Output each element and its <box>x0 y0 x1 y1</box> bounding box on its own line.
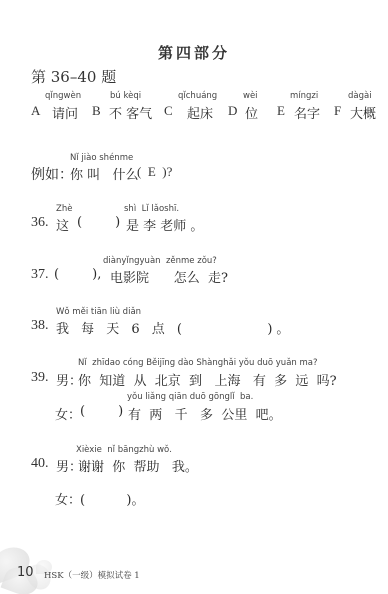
q39-woman-blank[interactable]: ( ) <box>80 404 123 419</box>
option-c-hanzi: 起床 <box>187 103 213 122</box>
q36-pinyin-1: Zhè <box>56 204 72 214</box>
q40-man-sentence: 谢谢 你 帮助 我。 <box>78 456 198 475</box>
q36-blank[interactable]: ( ) <box>77 215 120 230</box>
option-c-pinyin: qǐchuáng <box>178 91 217 101</box>
q36-part-2: 是 李 老师 。 <box>126 215 203 234</box>
option-f-pinyin: dàgài <box>348 91 372 101</box>
q40-number: 40. <box>31 456 49 472</box>
option-a-hanzi: 请问 <box>52 103 78 122</box>
q36-pinyin-2: shì Lǐ lǎoshī. <box>124 204 179 214</box>
question-range: 第 36–40 题 <box>31 66 116 87</box>
example-label: 例如： <box>31 164 73 184</box>
option-d-letter: D <box>228 103 237 119</box>
example-sentence: 你 叫 什么 <box>70 164 139 183</box>
option-f-hanzi: 大概 <box>350 103 376 122</box>
q40-man-pinyin: Xièxie nǐ bāngzhù wǒ. <box>76 445 172 455</box>
option-b-hanzi: 不 客气 <box>109 103 152 122</box>
q39-man-sentence: 你 知道 从 北京 到 上海 有 多 远 吗? <box>78 370 337 389</box>
q38-number: 38. <box>31 318 49 334</box>
q38-part[interactable]: 我 每 天 6 点 ( )。 <box>56 318 293 337</box>
option-a-pinyin: qǐngwèn <box>45 91 81 101</box>
q39-woman-label: 女： <box>55 404 81 423</box>
section-title: 第四部分 <box>0 42 388 63</box>
option-e-hanzi: 名字 <box>294 103 320 122</box>
q36-number: 36. <box>31 215 49 231</box>
q37-number: 37. <box>31 267 49 283</box>
example-pinyin: Nǐ jiào shénme <box>70 153 133 163</box>
q36-part-1: 这 <box>56 215 69 234</box>
q37-blank[interactable]: ( ), <box>54 267 101 282</box>
option-e-letter: E <box>277 103 285 119</box>
option-f-letter: F <box>334 103 341 119</box>
q39-woman-sentence: 有 两 千 多 公里 吧。 <box>128 404 282 423</box>
option-b-pinyin: bú kèqi <box>110 91 141 101</box>
q37-pinyin: diànyǐngyuàn zěnme zǒu? <box>103 256 217 266</box>
q39-man-pinyin: Nǐ zhīdao cóng Běijīng dào Shànghǎi yǒu … <box>78 358 318 368</box>
q40-woman-blank[interactable]: ( )。 <box>80 489 144 508</box>
page-number: 10 <box>17 565 34 580</box>
option-d-pinyin: wèi <box>243 91 258 101</box>
option-b-letter: B <box>92 103 101 119</box>
book-title: HSK（一级）模拟试卷 1 <box>44 569 140 581</box>
option-c-letter: C <box>164 103 173 119</box>
option-d-hanzi: 位 <box>245 103 258 122</box>
q39-woman-pinyin: yǒu liǎng qiān duō gōnglǐ ba. <box>127 392 253 402</box>
q38-pinyin: Wǒ měi tiān liù diǎn <box>56 307 141 317</box>
option-a-letter: A <box>31 103 40 119</box>
q37-part: 电影院 怎么 走? <box>110 267 228 286</box>
example-answer: ( E )? <box>137 164 172 180</box>
option-e-pinyin: míngzi <box>290 91 318 101</box>
q40-woman-label: 女： <box>55 489 81 508</box>
q39-number: 39. <box>31 370 49 386</box>
